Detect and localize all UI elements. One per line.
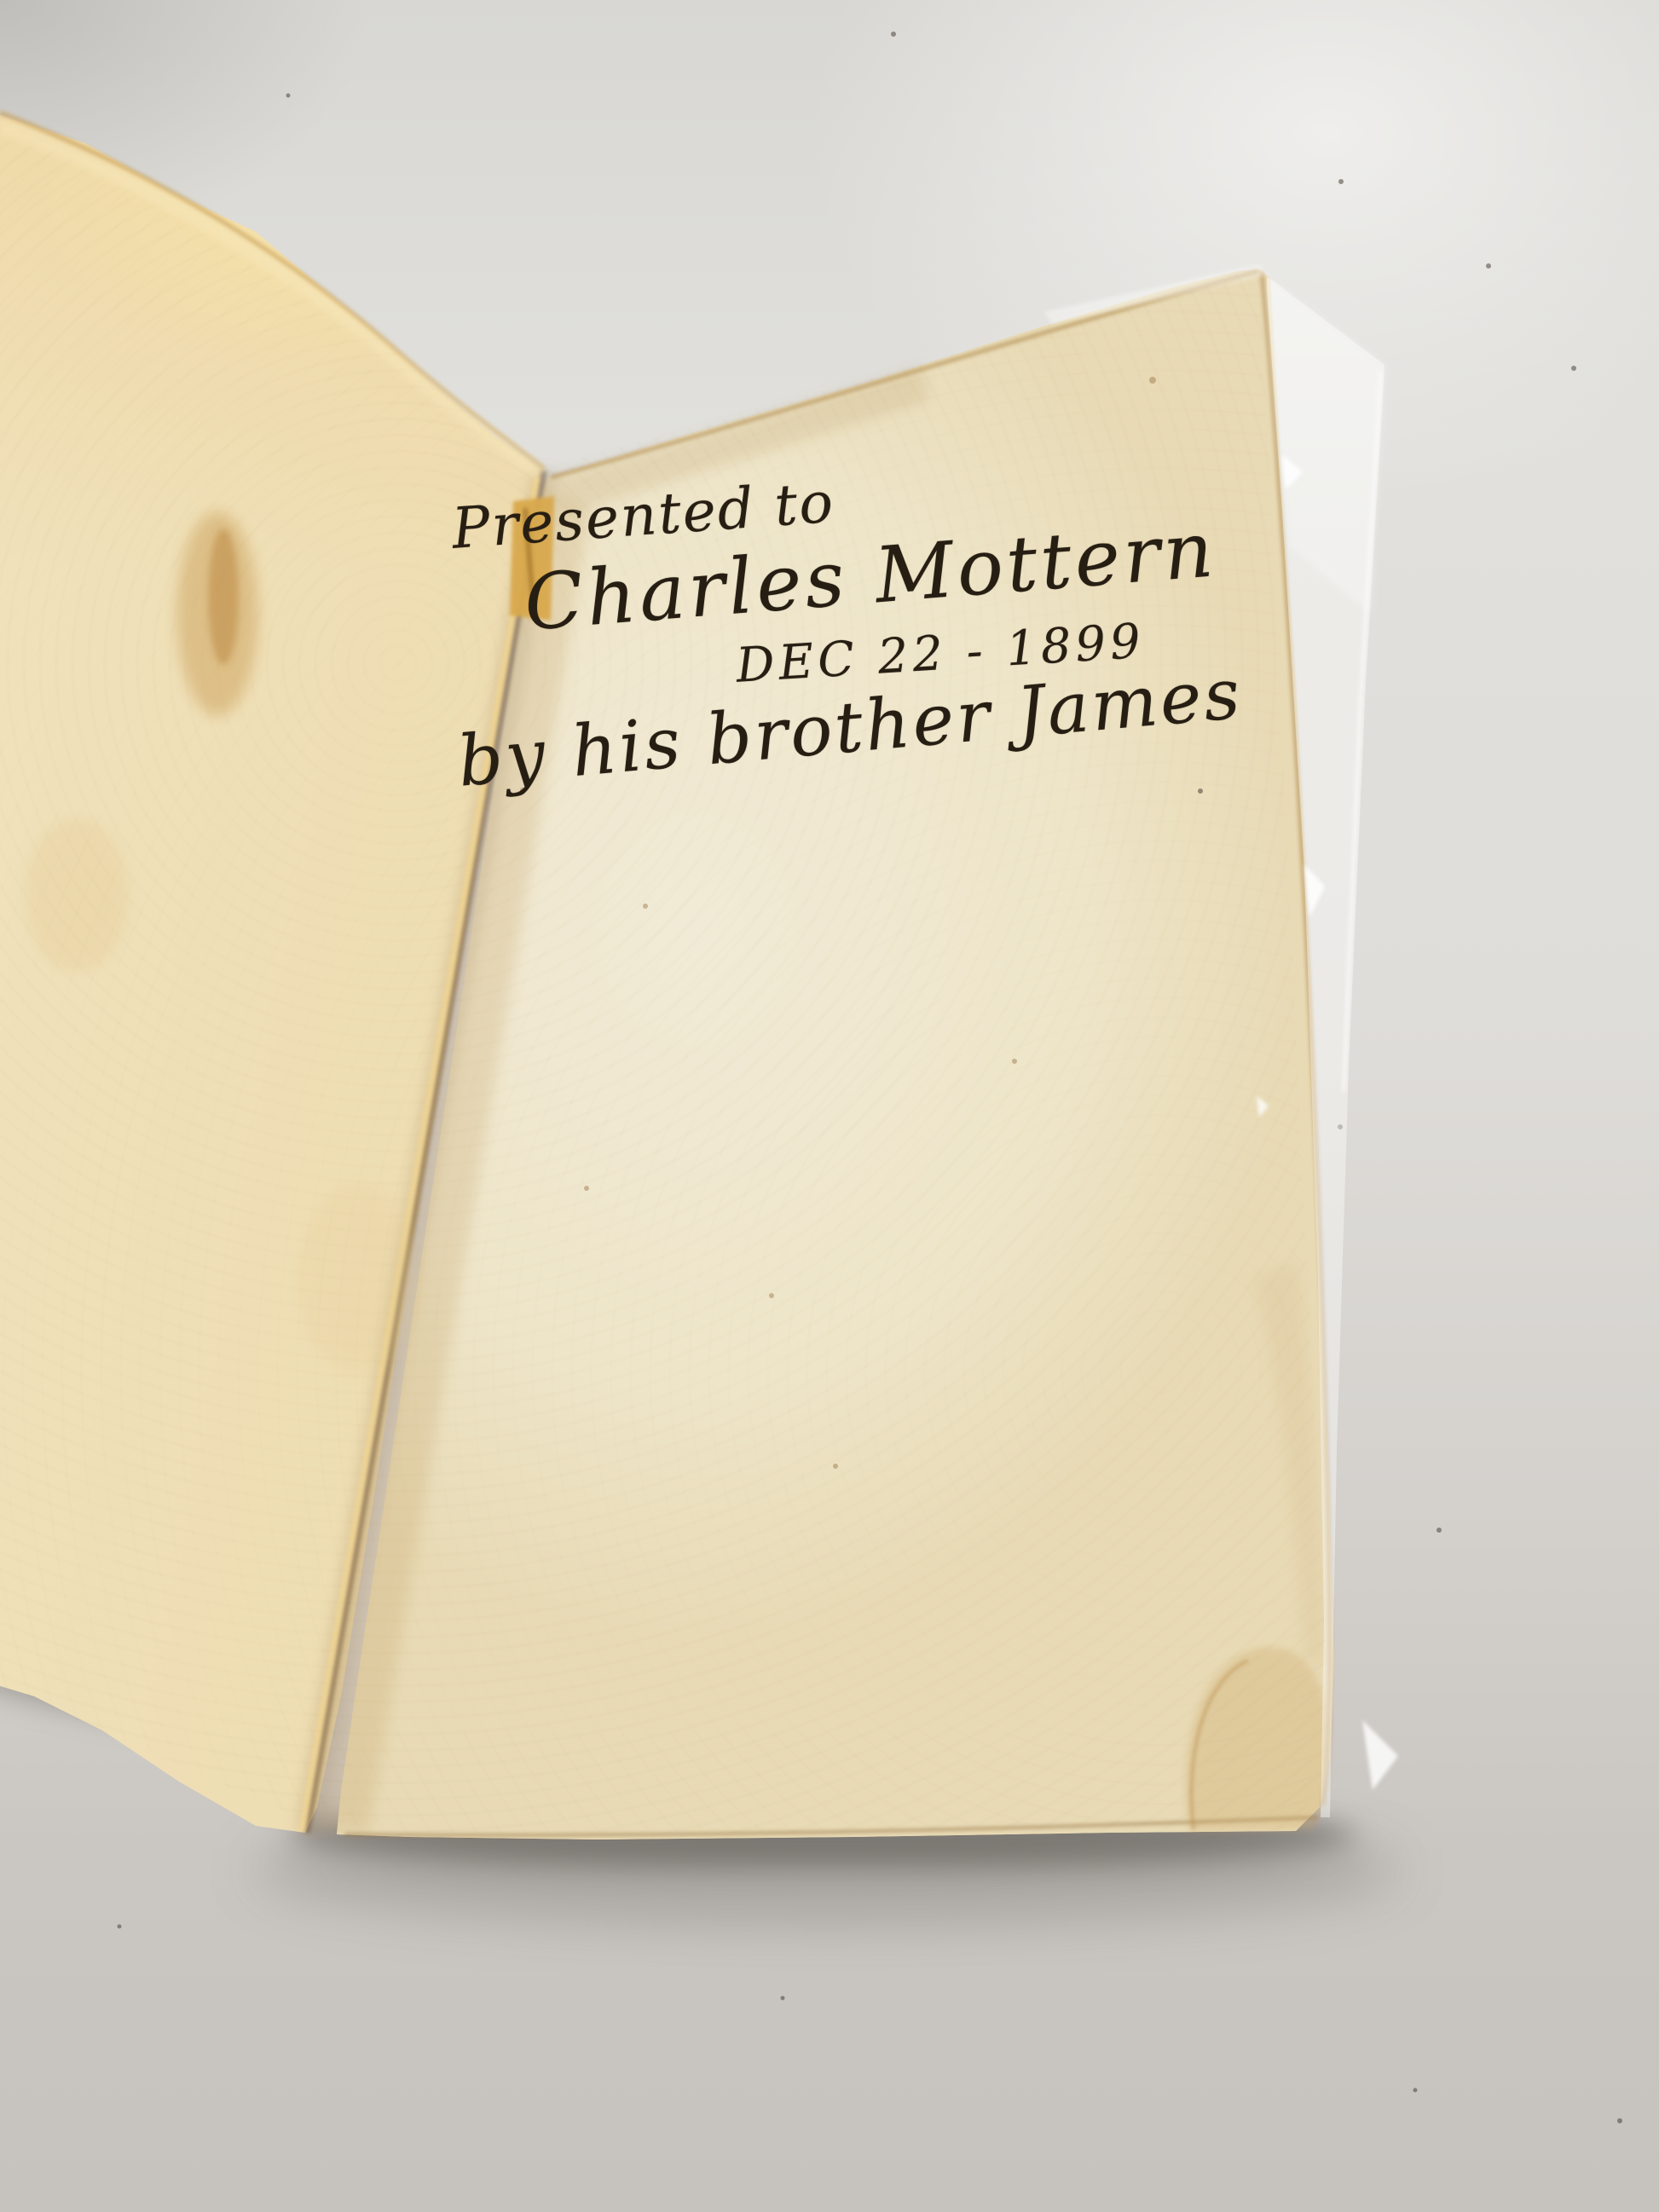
page-bottom-edge <box>344 1817 1318 1835</box>
left-page-stain-core <box>208 528 239 665</box>
photo-canvas: Presented to Charles Mottern DEC 22 - 18… <box>0 0 1659 2212</box>
left-page-deckle-edge <box>302 477 537 1831</box>
right-page-gutter-shading <box>315 486 590 1833</box>
left-page-mottle-1 <box>26 818 128 972</box>
sleeve-glint-3 <box>1362 1720 1398 1790</box>
left-page-mottle-2 <box>298 1185 418 1372</box>
right-edge-mottle <box>1253 1262 1327 1662</box>
water-stain-corner <box>1185 1647 1330 1831</box>
book-detail-layer <box>0 0 1659 2212</box>
sleeve-top-sliver <box>1044 264 1269 324</box>
left-curl-highlight <box>0 126 540 474</box>
sleeve-glint-4 <box>1257 1096 1269 1118</box>
gutter-shadow-core <box>307 471 544 1833</box>
